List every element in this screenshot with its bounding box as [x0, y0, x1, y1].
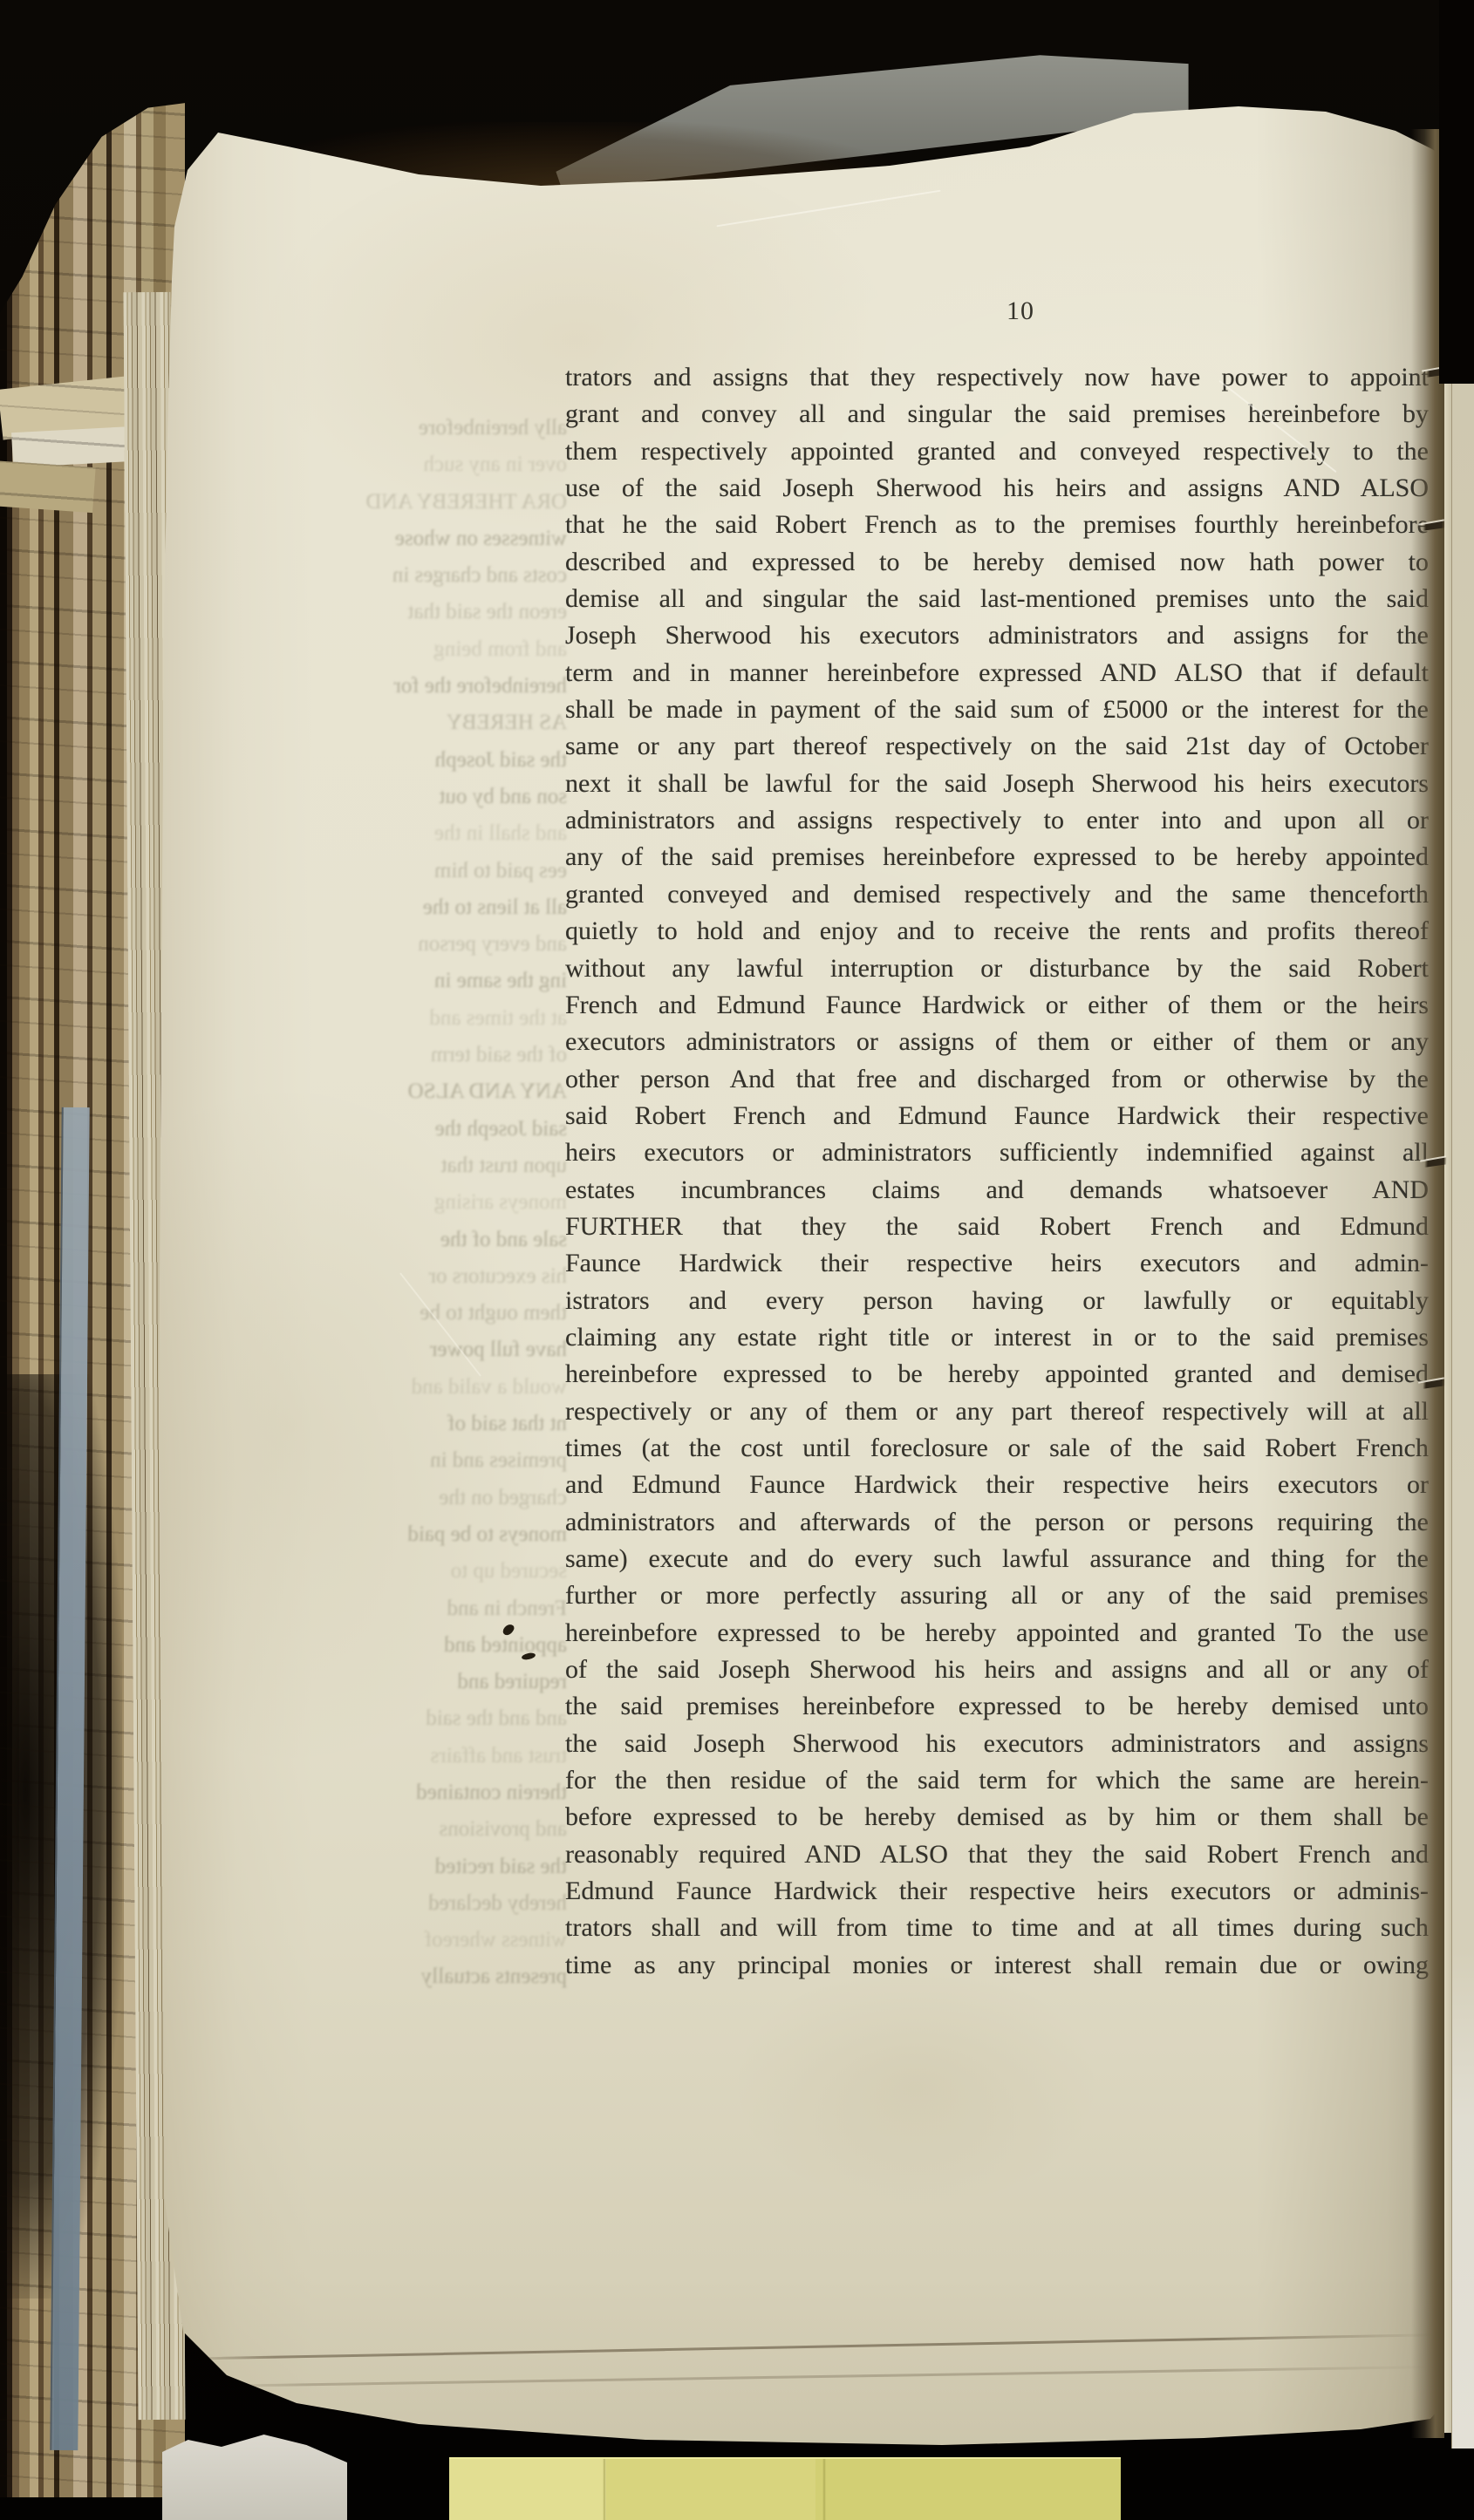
ghost-text-line: nt that said of [305, 1406, 567, 1442]
ghost-text-line: presents actually [305, 1958, 567, 1995]
text-line: described and expressed to be hereby dem… [565, 544, 1429, 581]
text-line: administrators and assigns respectively … [565, 802, 1429, 839]
text-line: same) execute and do every such lawful a… [565, 1541, 1429, 1577]
text-line: and Edmund Faunce Hardwick their respect… [565, 1467, 1429, 1503]
text-line: granted conveyed and demised respectivel… [565, 876, 1429, 913]
text-line: hereinbefore expressed to be hereby appo… [565, 1615, 1429, 1652]
ghost-text-line: and every person [305, 926, 567, 963]
binding-stitch-thread [1413, 1156, 1458, 1168]
text-line: estates incumbrances claims and demands … [565, 1172, 1429, 1209]
ghost-text-line: at the times and [305, 1000, 567, 1037]
text-line: other person And that free and discharge… [565, 1061, 1429, 1098]
text-line: without any lawful interruption or distu… [565, 950, 1429, 987]
ghost-text-line: witnesses on whose [305, 521, 567, 557]
text-line: times (at the cost until foreclosure or … [565, 1430, 1429, 1467]
ghost-text-line: costs and charges in [305, 557, 567, 594]
ghost-text-line: secured up to [305, 1553, 567, 1590]
ghost-text-line: and provisions [305, 1811, 567, 1848]
text-line: executors administrators or assigns of t… [565, 1024, 1429, 1060]
ghost-text-line: hereinbefore the for [305, 668, 567, 705]
ghost-text-line: moneys to be paid [305, 1516, 567, 1553]
ghost-text-line: and shall in the [305, 815, 567, 852]
text-line: istrators and every person having or law… [565, 1283, 1429, 1319]
adjacent-page-edge [1451, 380, 1474, 2448]
text-line: trators and assigns that they respective… [565, 359, 1429, 396]
ghost-text-line: the said recited [305, 1849, 567, 1885]
text-line: time as any principal monies or interest… [565, 1947, 1429, 1984]
ghost-text-line: have full power [305, 1332, 567, 1368]
torn-paper-fragment [162, 2433, 347, 2520]
text-line: that he the said Robert French as to the… [565, 507, 1429, 543]
ghost-text-line: ally hereinbefore [305, 410, 567, 446]
page-edge-fragment [0, 460, 96, 513]
text-line: demise all and singular the said last-me… [565, 581, 1429, 617]
body-text: trators and assigns that they respective… [565, 359, 1429, 1984]
ghost-text-line: them ought to be [305, 1295, 567, 1332]
ghost-text-line: of the said term [305, 1037, 567, 1073]
page-crease [209, 2366, 1430, 2387]
text-line: administrators and afterwards of the per… [565, 1504, 1429, 1541]
text-line: of the said Joseph Sherwood his heirs an… [565, 1652, 1429, 1688]
page-crease [174, 2333, 1439, 2360]
ghost-text-line: and from being [305, 631, 567, 668]
ghost-text-line: trust and affairs [305, 1738, 567, 1774]
text-line: shall be made in payment of the said sum… [565, 691, 1429, 728]
ghost-text-line: hereby declared [305, 1885, 567, 1922]
text-line: hereinbefore expressed to be hereby appo… [565, 1356, 1429, 1393]
ghost-text-line: all at liens to the [305, 889, 567, 926]
yellow-paper-sheet [449, 2457, 1121, 2520]
binding-stitch-thread [1411, 520, 1457, 532]
text-line: next it shall be lawful for the said Jos… [565, 766, 1429, 802]
binding-stitch-thread [1411, 1378, 1457, 1390]
text-line: term and in manner hereinbefore expresse… [565, 655, 1429, 691]
page-number: 10 [907, 293, 1134, 330]
ghost-text-line: upon trust that [305, 1148, 567, 1184]
ghost-text-line: moneys arising [305, 1184, 567, 1221]
text-line: French and Edmund Faunce Hardwick or eit… [565, 987, 1429, 1024]
ghost-text-line: therein contained [305, 1774, 567, 1811]
text-line: trators shall and will from time to time… [565, 1910, 1429, 1946]
text-line: Joseph Sherwood his executors administra… [565, 617, 1429, 654]
book-scan-scene: ally hereinbeforeover in any suchORA THE… [0, 0, 1474, 2520]
text-line: said Robert French and Edmund Faunce Har… [565, 1098, 1429, 1134]
ghost-text-line: sale and of the [305, 1222, 567, 1258]
text-line: the said Joseph Sherwood his executors a… [565, 1726, 1429, 1762]
ghost-text-line: son and by out [305, 779, 567, 815]
text-line: them respectively appointed granted and … [565, 433, 1429, 470]
text-line: heirs executors or administrators suffic… [565, 1134, 1429, 1171]
bleed-through-text: ally hereinbeforeover in any suchORA THE… [305, 410, 567, 1996]
ghost-text-line: premises and in [305, 1442, 567, 1479]
text-line: reasonably required AND ALSO that they t… [565, 1836, 1429, 1873]
background-corner [1439, 0, 1474, 384]
text-line: Edmund Faunce Hardwick their respective … [565, 1873, 1429, 1910]
text-line: respectively or any of them or any part … [565, 1393, 1429, 1430]
gutter-fold-shadow [1411, 129, 1444, 2438]
ghost-text-line: ing the same in [305, 963, 567, 999]
text-line: further or more perfectly assuring all o… [565, 1577, 1429, 1614]
ghost-text-line: over in any such [305, 446, 567, 483]
text-line: before expressed to be hereby demised as… [565, 1799, 1429, 1836]
ghost-text-line: the said Joseph [305, 742, 567, 779]
gutter-fold-highlight [1444, 131, 1451, 2433]
ghost-text-line: said Joseph the [305, 1111, 567, 1148]
text-line: the said premises hereinbefore expressed… [565, 1688, 1429, 1725]
ghost-text-line: ereon the said that [305, 594, 567, 630]
surface-scratch [716, 190, 940, 228]
ghost-text-line: required and [305, 1664, 567, 1700]
text-line: quietly to hold and enjoy and to receive… [565, 913, 1429, 950]
text-line: FURTHER that they the said Robert French… [565, 1209, 1429, 1245]
book-page: ally hereinbeforeover in any suchORA THE… [157, 103, 1465, 2464]
ghost-text-line: ORA THEREBY AND [305, 484, 567, 521]
ghost-text-line: ANY AND ALSO [305, 1073, 567, 1110]
text-line: claiming any estate right title or inter… [565, 1319, 1429, 1356]
ghost-text-line: witness whereof [305, 1922, 567, 1958]
text-line: same or any part thereof respectively on… [565, 728, 1429, 765]
ghost-text-line: charged on the [305, 1480, 567, 1516]
ghost-text-line: and and the said [305, 1700, 567, 1737]
ghost-text-line: AS HEREBY [305, 705, 567, 741]
text-line: for the then residue of the said term fo… [565, 1762, 1429, 1799]
text-line: Faunce Hardwick their respective heirs e… [565, 1245, 1429, 1282]
ghost-text-line: French in and [305, 1590, 567, 1627]
ghost-text-line: his executors or [305, 1258, 567, 1295]
ghost-text-line: ees paid to him [305, 853, 567, 889]
text-line: grant and convey all and singular the sa… [565, 396, 1429, 432]
text-line: any of the said premises hereinbefore ex… [565, 839, 1429, 875]
ghost-text-line: would a valid and [305, 1369, 567, 1406]
text-line: use of the said Joseph Sherwood his heir… [565, 470, 1429, 507]
